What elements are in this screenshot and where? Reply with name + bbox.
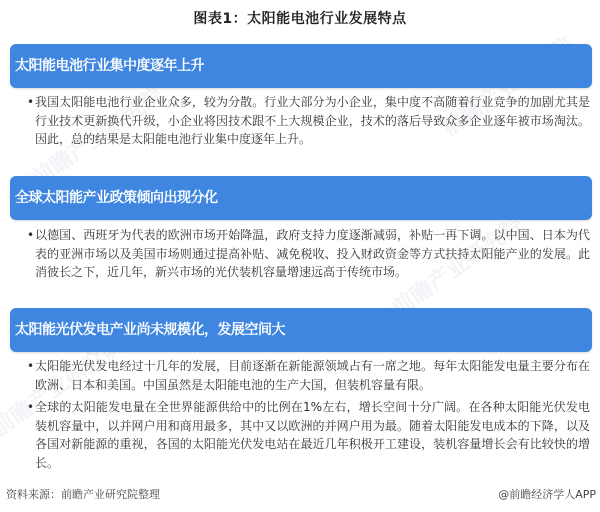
source-note: 资料来源：前瞻产业研究院整理 xyxy=(6,486,160,502)
bullet-dot-icon: • xyxy=(27,93,34,112)
bullet-item: • 太阳能光伏发电经过十几年的发展，目前逐渐在新能源领域占有一席之地。每年太阳能… xyxy=(30,357,590,394)
section-body-policy: • 以德国、西班牙为代表的欧洲市场开始降温，政府支持力度逐渐减弱，补贴一再下调。… xyxy=(30,226,590,286)
bullet-text: 我国太阳能电池行业企业众多，较为分散。行业大部分为小企业，集中度不高随着行业竞争… xyxy=(35,95,590,146)
credit-note: @前瞻经济学人APP xyxy=(498,486,596,502)
section-body-pv-scale: • 太阳能光伏发电经过十几年的发展，目前逐渐在新能源领域占有一席之地。每年太阳能… xyxy=(30,357,590,476)
figure-title: 图表1：太阳能电池行业发展特点 xyxy=(0,8,600,28)
bullet-text: 以德国、西班牙为代表的欧洲市场开始降温，政府支持力度逐渐减弱，补贴一再下调。以中… xyxy=(35,228,590,279)
bullet-dot-icon: • xyxy=(27,398,34,417)
bullet-item: • 以德国、西班牙为代表的欧洲市场开始降温，政府支持力度逐渐减弱，补贴一再下调。… xyxy=(30,226,590,282)
bullet-dot-icon: • xyxy=(27,357,34,376)
bullet-item: • 全球的太阳能发电量在全世界能源供给中的比例在1%左右，增长空间十分广阔。在各… xyxy=(30,398,590,472)
bullet-dot-icon: • xyxy=(27,226,34,245)
section-header-pv-scale: 太阳能光伏发电产业尚未规模化，发展空间大 xyxy=(10,308,592,352)
bullet-text: 太阳能光伏发电经过十几年的发展，目前逐渐在新能源领域占有一席之地。每年太阳能发电… xyxy=(35,359,590,392)
bullet-item: • 我国太阳能电池行业企业众多，较为分散。行业大部分为小企业，集中度不高随着行业… xyxy=(30,93,590,149)
bullet-text: 全球的太阳能发电量在全世界能源供给中的比例在1%左右，增长空间十分广阔。在各种太… xyxy=(35,400,590,470)
section-header-policy: 全球太阳能产业政策倾向出现分化 xyxy=(10,176,592,220)
section-body-concentration: • 我国太阳能电池行业企业众多，较为分散。行业大部分为小企业，集中度不高随着行业… xyxy=(30,93,590,153)
section-header-concentration: 太阳能电池行业集中度逐年上升 xyxy=(10,44,592,88)
